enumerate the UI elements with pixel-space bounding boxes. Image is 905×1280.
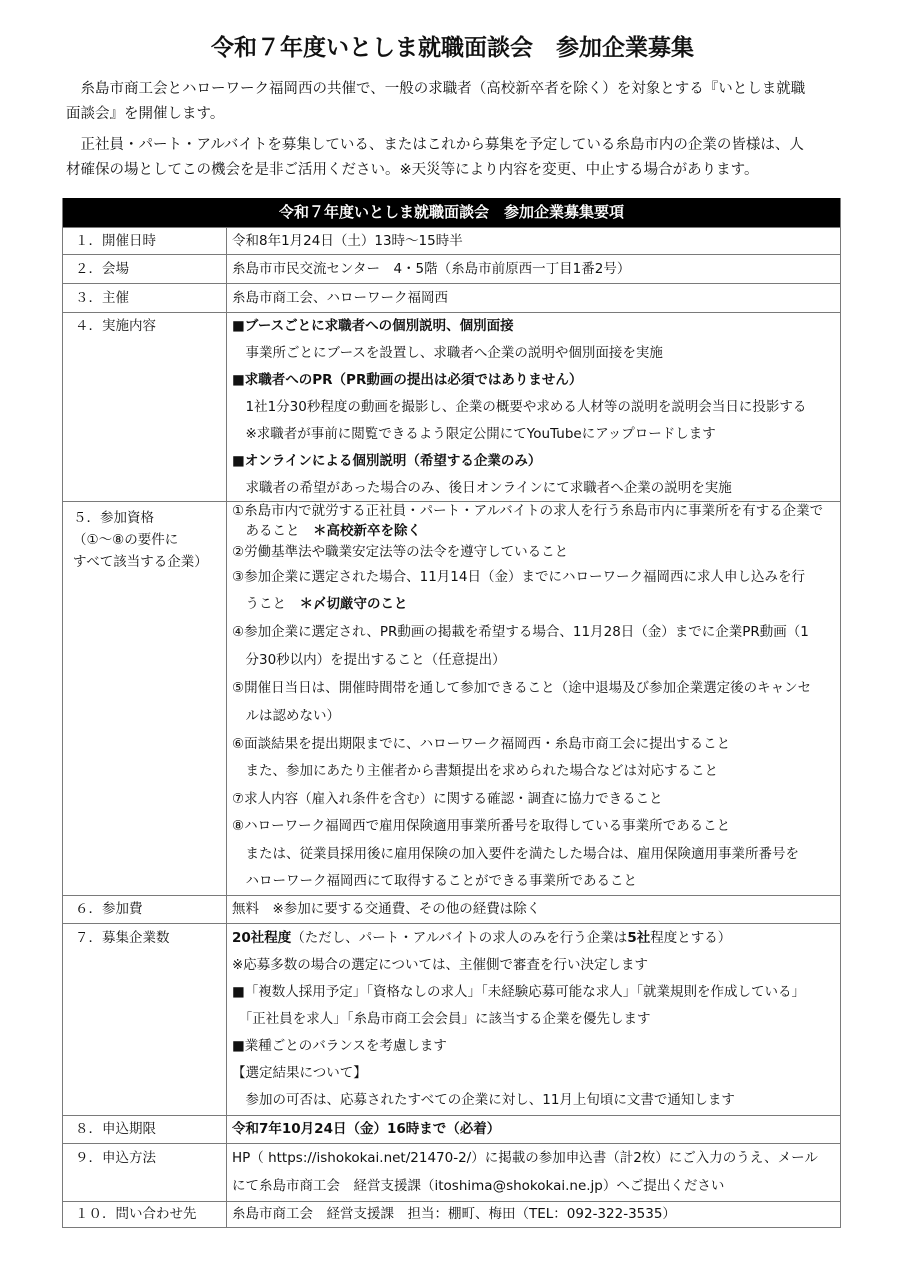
contact-value: 糸島市商工会 経営支援課 担当：棚町、梅田（TEL：092-322-3535） xyxy=(227,1202,840,1227)
requirement-8: ⑧ハローワーク福岡西で雇用保険適用事業所番号を取得している事業所であること xyxy=(232,813,840,840)
requirement-7: ⑦求人内容（雇入れ条件を含む）に関する確認・調査に協力できること xyxy=(232,785,840,813)
content-line: ※応募多数の場合の選定については、主催側で審査を行い決定します xyxy=(232,952,840,979)
section-heading: ■求職者へのPR（PR動画の提出は必須ではありません） xyxy=(232,367,840,394)
content-line: ※求職者が事前に閲覧できるよう限定公開にてYouTubeにアップロードします xyxy=(232,421,840,448)
table-header: 令和７年度いとしま就職面談会 参加企業募集要項 xyxy=(63,198,840,227)
intro-line: 面談会』を開催します。 xyxy=(66,102,848,127)
table-row-content: ４．実施内容 ■ブースごとに求職者への個別説明、個別面接 事業所ごとにブースを設… xyxy=(63,312,840,501)
count-emphasis: 5社 xyxy=(627,930,650,946)
content-line: 「正社員を求人」「糸島市商工会会員」に該当する企業を優先します xyxy=(232,1006,840,1033)
requirement-3-cont: うこと ＊〆切厳守のこと xyxy=(232,591,840,618)
application-url-line: HP（ https://ishokokai.net/21470-2/）に掲載の参… xyxy=(232,1144,840,1172)
row-label-note: （①～⑧の要件に xyxy=(73,529,226,551)
content-line: 事業所ごとにブースを設置し、求職者へ企業の説明や個別面接を実施 xyxy=(232,340,840,367)
row-label: ２．会場 xyxy=(63,255,227,283)
intro-line: 正社員・パート・アルバイトを募集している、またはこれから募集を予定している糸島市… xyxy=(66,133,848,158)
requirement-6: ⑥面談結果を提出期限までに、ハローワーク福岡西・糸島市商工会に提出すること xyxy=(232,730,840,758)
requirement-4-cont: 分30秒以内）を提出すること（任意提出） xyxy=(232,647,840,674)
requirement-1-cont: あること ＊高校新卒を除く xyxy=(232,521,840,541)
content-line: 参加の可否は、応募されたすべての企業に対し、11月上旬頃に文書で通知します xyxy=(232,1087,840,1114)
intro-line: 糸島市商工会とハローワーク福岡西の共催で、一般の求職者（高校新卒者を除く）を対象… xyxy=(66,77,848,102)
row-label-cell: ７．募集企業数 xyxy=(63,924,227,1115)
row-value: 糸島市商工会、ハローワーク福岡西 xyxy=(227,284,840,312)
table-row-recruit-count: ７．募集企業数 20社程度（ただし、パート・アルバイトの求人のみを行う企業は5社… xyxy=(63,923,840,1115)
row-label: ８．申込期限 xyxy=(63,1116,227,1143)
requirement-6-cont: また、参加にあたり主催者から書類提出を求められた場合などは対応すること xyxy=(232,758,840,785)
table-row-contact: １０．問い合わせ先 糸島市商工会 経営支援課 担当：棚町、梅田（TEL：092-… xyxy=(63,1201,840,1227)
row-label: １．開催日時 xyxy=(63,228,227,254)
row-value: 糸島市市民交流センター 4・5階（糸島市前原西一丁目1番2号） xyxy=(227,255,840,283)
row-label-cell: ９．申込方法 xyxy=(63,1144,227,1201)
table-row-date: １．開催日時 令和8年1月24日（土）13時～15時半 xyxy=(63,227,840,254)
text-segment: うこと xyxy=(232,596,300,612)
requirement-8-cont: または、従業員採用後に雇用保険の加入要件を満たした場合は、雇用保険適用事業所番号… xyxy=(232,840,840,868)
row-label-cell: ５．参加資格 （①～⑧の要件に すべて該当する企業） xyxy=(63,502,227,895)
row-value: 20社程度（ただし、パート・アルバイトの求人のみを行う企業は5社程度とする） ※… xyxy=(227,924,840,1115)
requirement-5: ⑤開催日当日は、開催時間帯を通して参加できること（途中退場及び参加企業選定後のキ… xyxy=(232,674,840,703)
row-label: ７．募集企業数 xyxy=(75,925,226,952)
row-label: ５．参加資格 xyxy=(73,507,226,529)
emphasis-note: ＊〆切厳守のこと xyxy=(300,596,408,612)
text-segment: 程度とする） xyxy=(650,930,731,946)
count-emphasis: 20社程度 xyxy=(232,930,291,946)
table-row-venue: ２．会場 糸島市市民交流センター 4・5階（糸島市前原西一丁目1番2号） xyxy=(63,254,840,283)
content-line: 求職者の希望があった場合のみ、後日オンラインにて求職者へ企業の説明を実施 xyxy=(232,475,840,501)
deadline-value: 令和7年10月24日（金）16時まで（必着） xyxy=(227,1116,840,1143)
content-line: 【選定結果について】 xyxy=(232,1060,840,1087)
content-line: 1社1分30秒程度の動画を撮影し、企業の概要や求める人材等の説明を説明会当日に投… xyxy=(232,394,840,421)
intro-text: 糸島市商工会とハローワーク福岡西の共催で、一般の求職者（高校新卒者を除く）を対象… xyxy=(66,77,848,183)
row-value: ■ブースごとに求職者への個別説明、個別面接 事業所ごとにブースを設置し、求職者へ… xyxy=(227,313,840,501)
content-line: ■業種ごとのバランスを考慮します xyxy=(232,1033,840,1060)
content-line: ■「複数人採用予定」「資格なしの求人」「未経験応募可能な求人」「就業規則を作成し… xyxy=(232,979,840,1006)
text-segment: （ただし、パート・アルバイトの求人のみを行う企業は xyxy=(291,930,627,946)
requirement-2: ②労働基準法や職業安定法等の法令を遵守していること xyxy=(232,541,840,564)
page-title: 令和７年度いとしま就職面談会 参加企業募集 xyxy=(0,33,905,63)
row-label: ６．参加費 xyxy=(63,896,227,923)
emphasis-note: ＊高校新卒を除く xyxy=(313,523,421,539)
table-row-application-method: ９．申込方法 HP（ https://ishokokai.net/21470-2… xyxy=(63,1143,840,1201)
row-label: ４．実施内容 xyxy=(75,313,226,340)
table-row-eligibility: ５．参加資格 （①～⑧の要件に すべて該当する企業） ①糸島市内で就労する正社員… xyxy=(63,501,840,895)
row-value: 令和8年1月24日（土）13時～15時半 xyxy=(227,228,840,254)
requirement-5-cont: ルは認めない） xyxy=(232,703,840,730)
row-value: HP（ https://ishokokai.net/21470-2/）に掲載の参… xyxy=(227,1144,840,1201)
table-row-fee: ６．参加費 無料 ※参加に要する交通費、その他の経費は除く xyxy=(63,895,840,923)
row-value: 無料 ※参加に要する交通費、その他の経費は除く xyxy=(227,896,840,923)
row-label: ９．申込方法 xyxy=(75,1144,226,1172)
requirement-3: ③参加企業に選定された場合、11月14日（金）までにハローワーク福岡西に求人申し… xyxy=(232,564,840,591)
guidelines-table: 令和７年度いとしま就職面談会 参加企業募集要項 １．開催日時 令和8年1月24日… xyxy=(62,198,841,1228)
row-value: ①糸島市内で就労する正社員・パート・アルバイトの求人を行う糸島市内に事業所を有す… xyxy=(227,502,840,895)
table-row-organizer: ３．主催 糸島市商工会、ハローワーク福岡西 xyxy=(63,283,840,312)
section-heading: ■オンラインによる個別説明（希望する企業のみ） xyxy=(232,448,840,475)
text-segment: あること xyxy=(232,523,313,539)
company-count-line: 20社程度（ただし、パート・アルバイトの求人のみを行う企業は5社程度とする） xyxy=(232,925,840,952)
row-label: ３．主催 xyxy=(63,284,227,312)
section-heading: ■ブースごとに求職者への個別説明、個別面接 xyxy=(232,313,840,340)
application-email-line: にて糸島市商工会 経営支援課（itoshima@shokokai.ne.jp）へ… xyxy=(232,1172,840,1201)
row-label-note: すべて該当する企業） xyxy=(73,551,226,573)
table-row-deadline: ８．申込期限 令和7年10月24日（金）16時まで（必着） xyxy=(63,1115,840,1143)
requirement-8-cont: ハローワーク福岡西にて取得することができる事業所であること xyxy=(232,868,840,894)
row-label: １０．問い合わせ先 xyxy=(63,1202,227,1227)
requirement-4: ④参加企業に選定され、PR動画の掲載を希望する場合、11月28日（金）までに企業… xyxy=(232,618,840,647)
row-label-cell: ４．実施内容 xyxy=(63,313,227,501)
intro-line: 材確保の場としてこの機会を是非ご活用ください。※天災等により内容を変更、中止する… xyxy=(66,158,848,183)
requirement-1: ①糸島市内で就労する正社員・パート・アルバイトの求人を行う糸島市内に事業所を有す… xyxy=(232,502,840,521)
